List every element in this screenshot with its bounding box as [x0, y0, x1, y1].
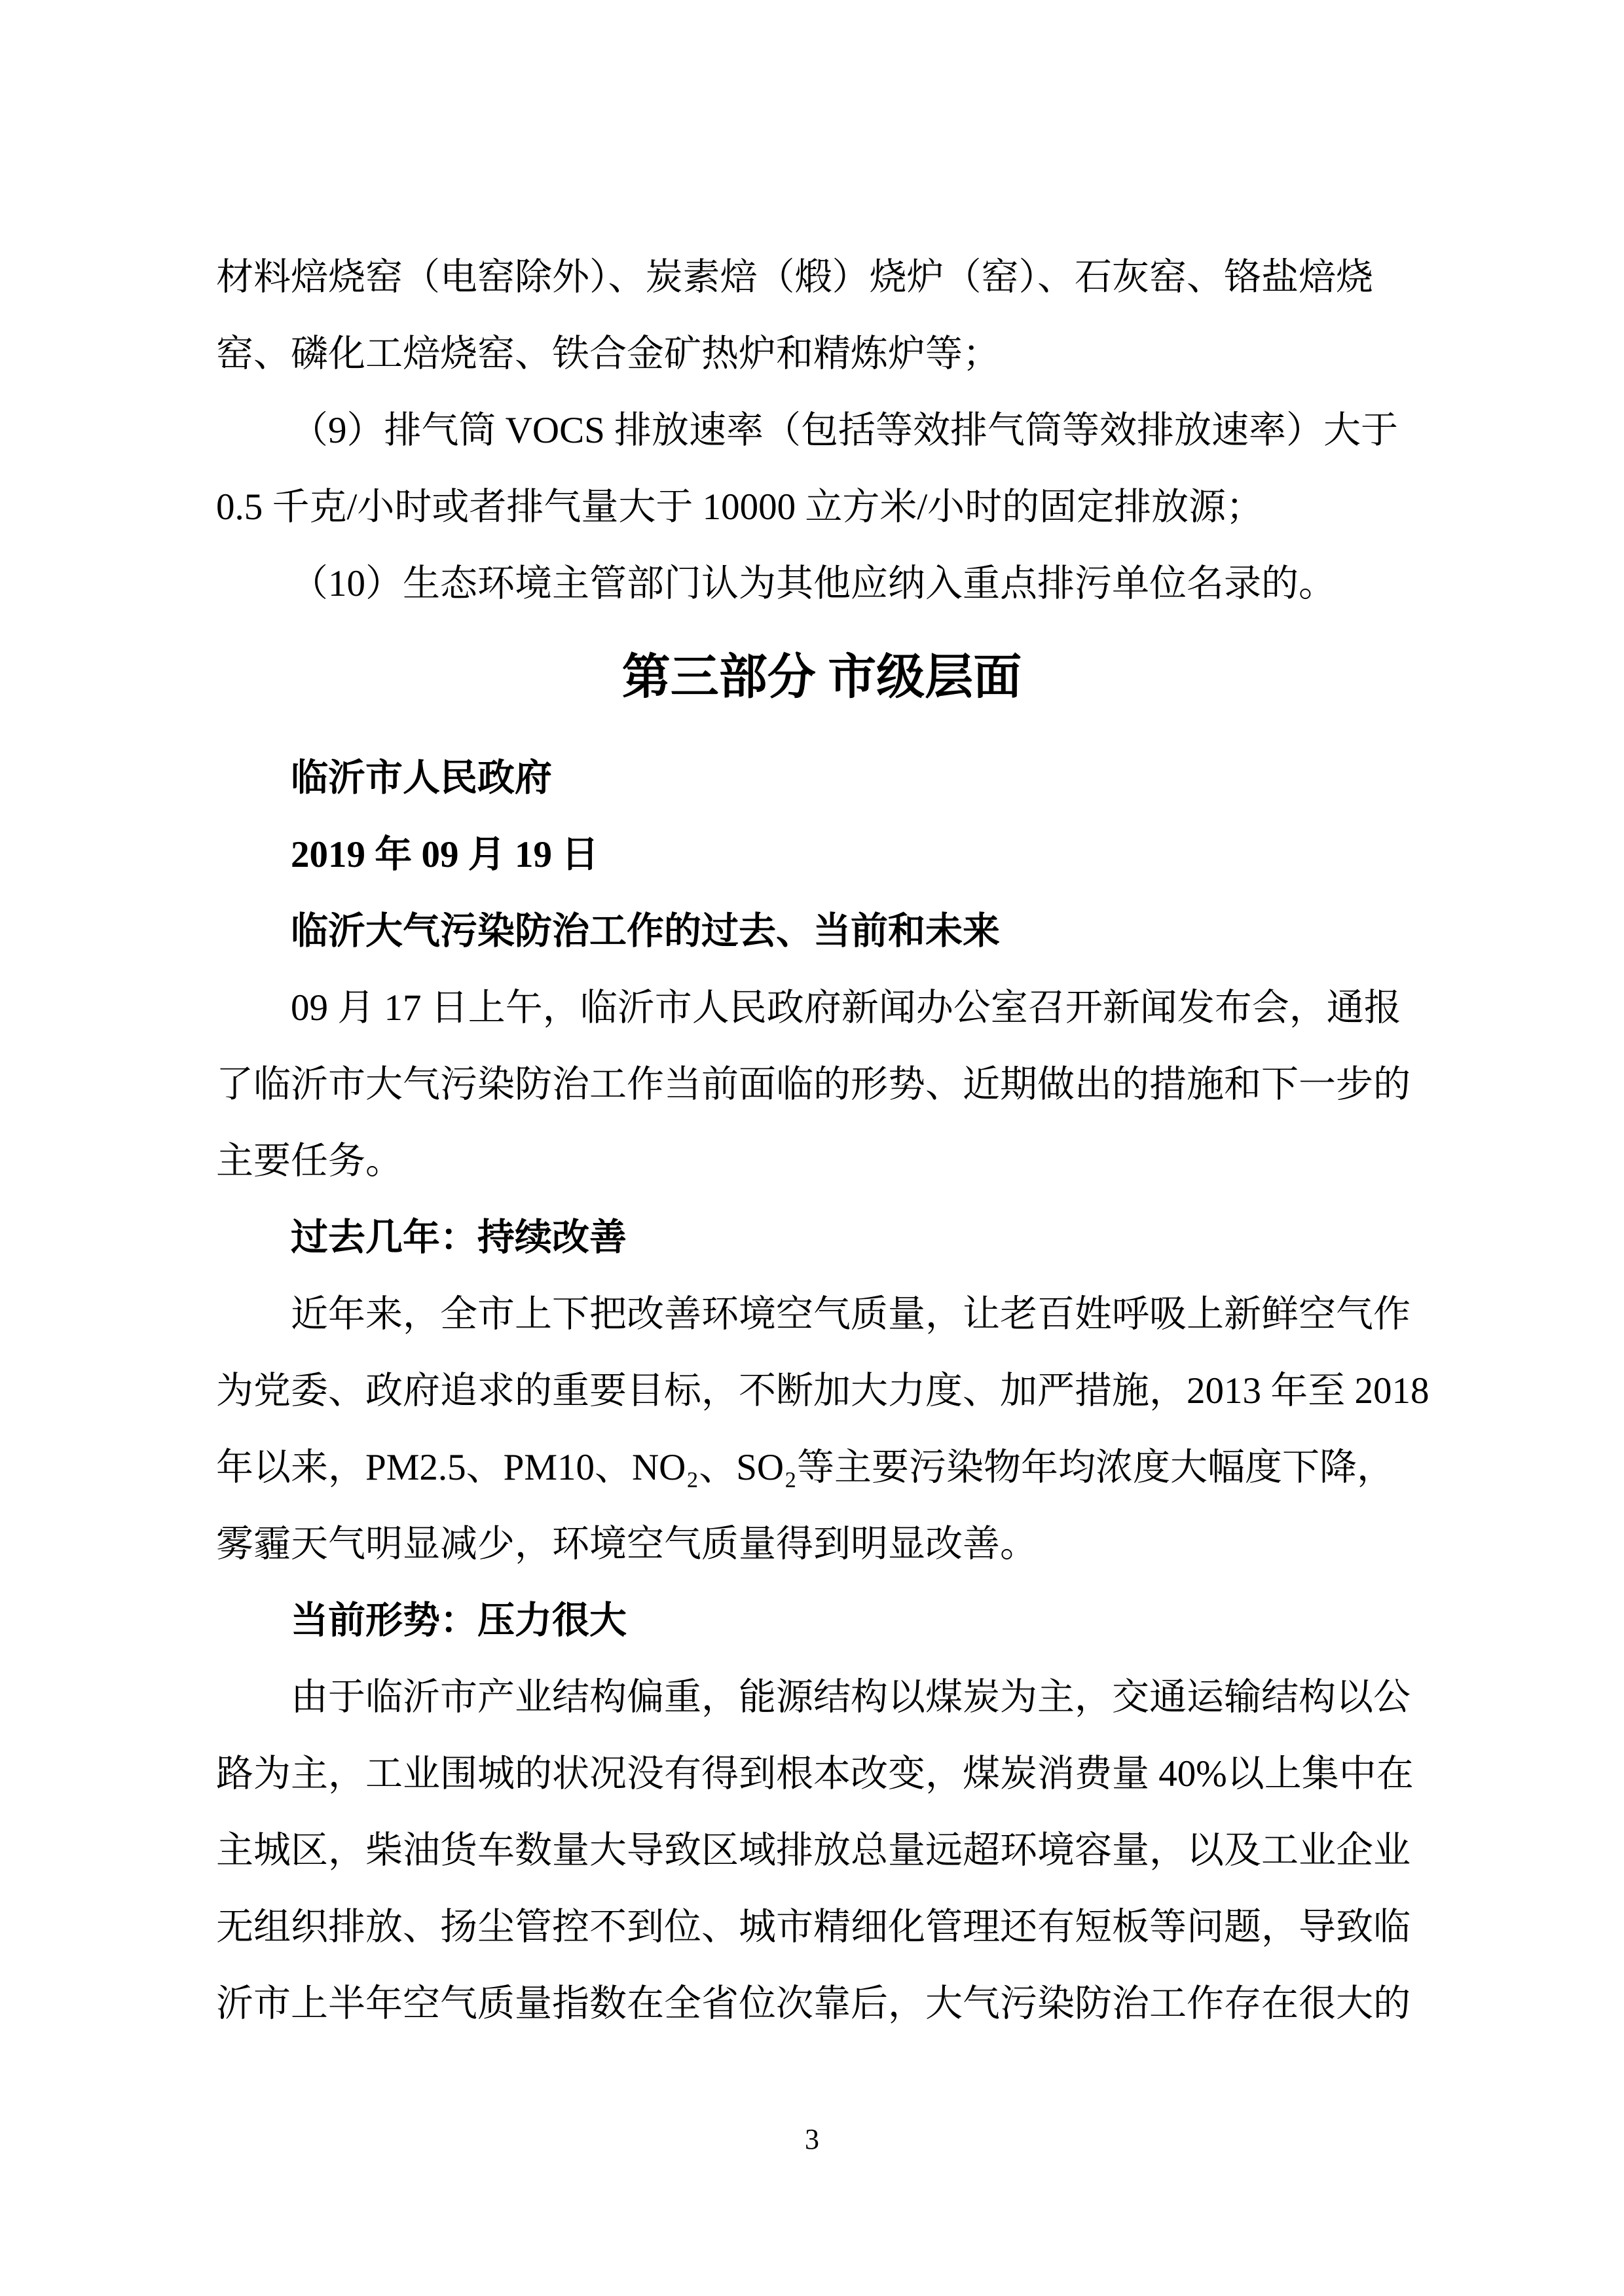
page-number: 3 [0, 2120, 1624, 2159]
text-line: 路为主，工业围城的状况没有得到根本改变，煤炭消费量 40%以上集中在 [216, 1736, 1428, 1812]
text-line: 由于临沂市产业结构偏重，能源结构以煤炭为主，交通运输结构以公 [216, 1659, 1428, 1736]
document-body: 材料焙烧窑（电窑除外）、炭素焙（煅）烧炉（窑）、石灰窑、铬盐焙烧窑、磷化工焙烧窑… [216, 239, 1428, 2042]
text-line: 主要任务。 [216, 1123, 1428, 1199]
text-line: 当前形势：压力很大 [216, 1582, 1428, 1659]
text-line: 无组织排放、扬尘管控不到位、城市精细化管理还有短板等问题，导致临 [216, 1889, 1428, 1965]
text-line: 年以来，PM2.5、PM10、NO₂、SO₂等主要污染物年均浓度大幅度下降， [216, 1429, 1428, 1506]
document-page: 材料焙烧窑（电窑除外）、炭素焙（煅）烧炉（窑）、石灰窑、铬盐焙烧窑、磷化工焙烧窑… [0, 0, 1624, 2296]
text-line: 09 月 17 日上午，临沂市人民政府新闻办公室召开新闻发布会，通报 [216, 970, 1428, 1046]
text-line: 过去几年：持续改善 [216, 1199, 1428, 1276]
text-line: （10）生态环境主管部门认为其他应纳入重点排污单位名录的。 [216, 545, 1428, 622]
text-line: 沂市上半年空气质量指数在全省位次靠后，大气污染防治工作存在很大的 [216, 1965, 1428, 2042]
text-line: 为党委、政府追求的重要目标，不断加大力度、加严措施，2013 年至 2018 [216, 1353, 1428, 1429]
text-line: 窑、磷化工焙烧窑、铁合金矿热炉和精炼炉等； [216, 316, 1428, 392]
text-line: 材料焙烧窑（电窑除外）、炭素焙（煅）烧炉（窑）、石灰窑、铬盐焙烧 [216, 239, 1428, 316]
text-line: （9）排气筒 VOCS 排放速率（包括等效排气筒等效排放速率）大于 [216, 392, 1428, 469]
text-line: 临沂市人民政府 [216, 740, 1428, 816]
section-heading: 第三部分 市级层面 [216, 625, 1428, 730]
text-line: 近年来，全市上下把改善环境空气质量，让老百姓呼吸上新鲜空气作 [216, 1276, 1428, 1353]
text-line: 雾霾天气明显减少，环境空气质量得到明显改善。 [216, 1506, 1428, 1582]
text-line: 了临沂市大气污染防治工作当前面临的形势、近期做出的措施和下一步的 [216, 1046, 1428, 1123]
text-line: 0.5 千克/小时或者排气量大于 10000 立方米/小时的固定排放源； [216, 469, 1428, 545]
text-line: 2019 年 09 月 19 日 [216, 816, 1428, 893]
text-line: 临沂大气污染防治工作的过去、当前和未来 [216, 893, 1428, 970]
text-line: 主城区，柴油货车数量大导致区域排放总量远超环境容量，以及工业企业 [216, 1812, 1428, 1889]
